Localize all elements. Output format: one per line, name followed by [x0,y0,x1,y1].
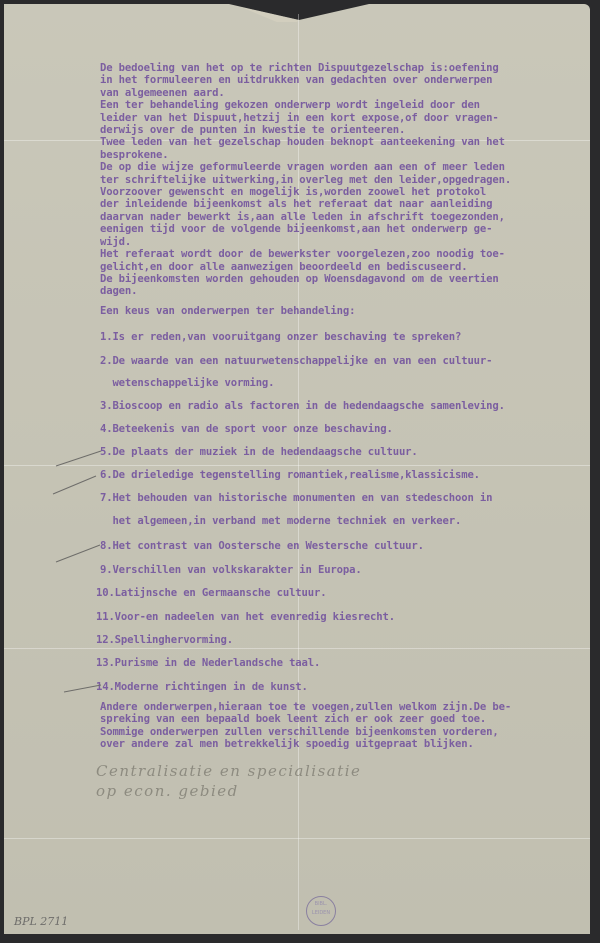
pencil-margin-marks [0,0,600,943]
